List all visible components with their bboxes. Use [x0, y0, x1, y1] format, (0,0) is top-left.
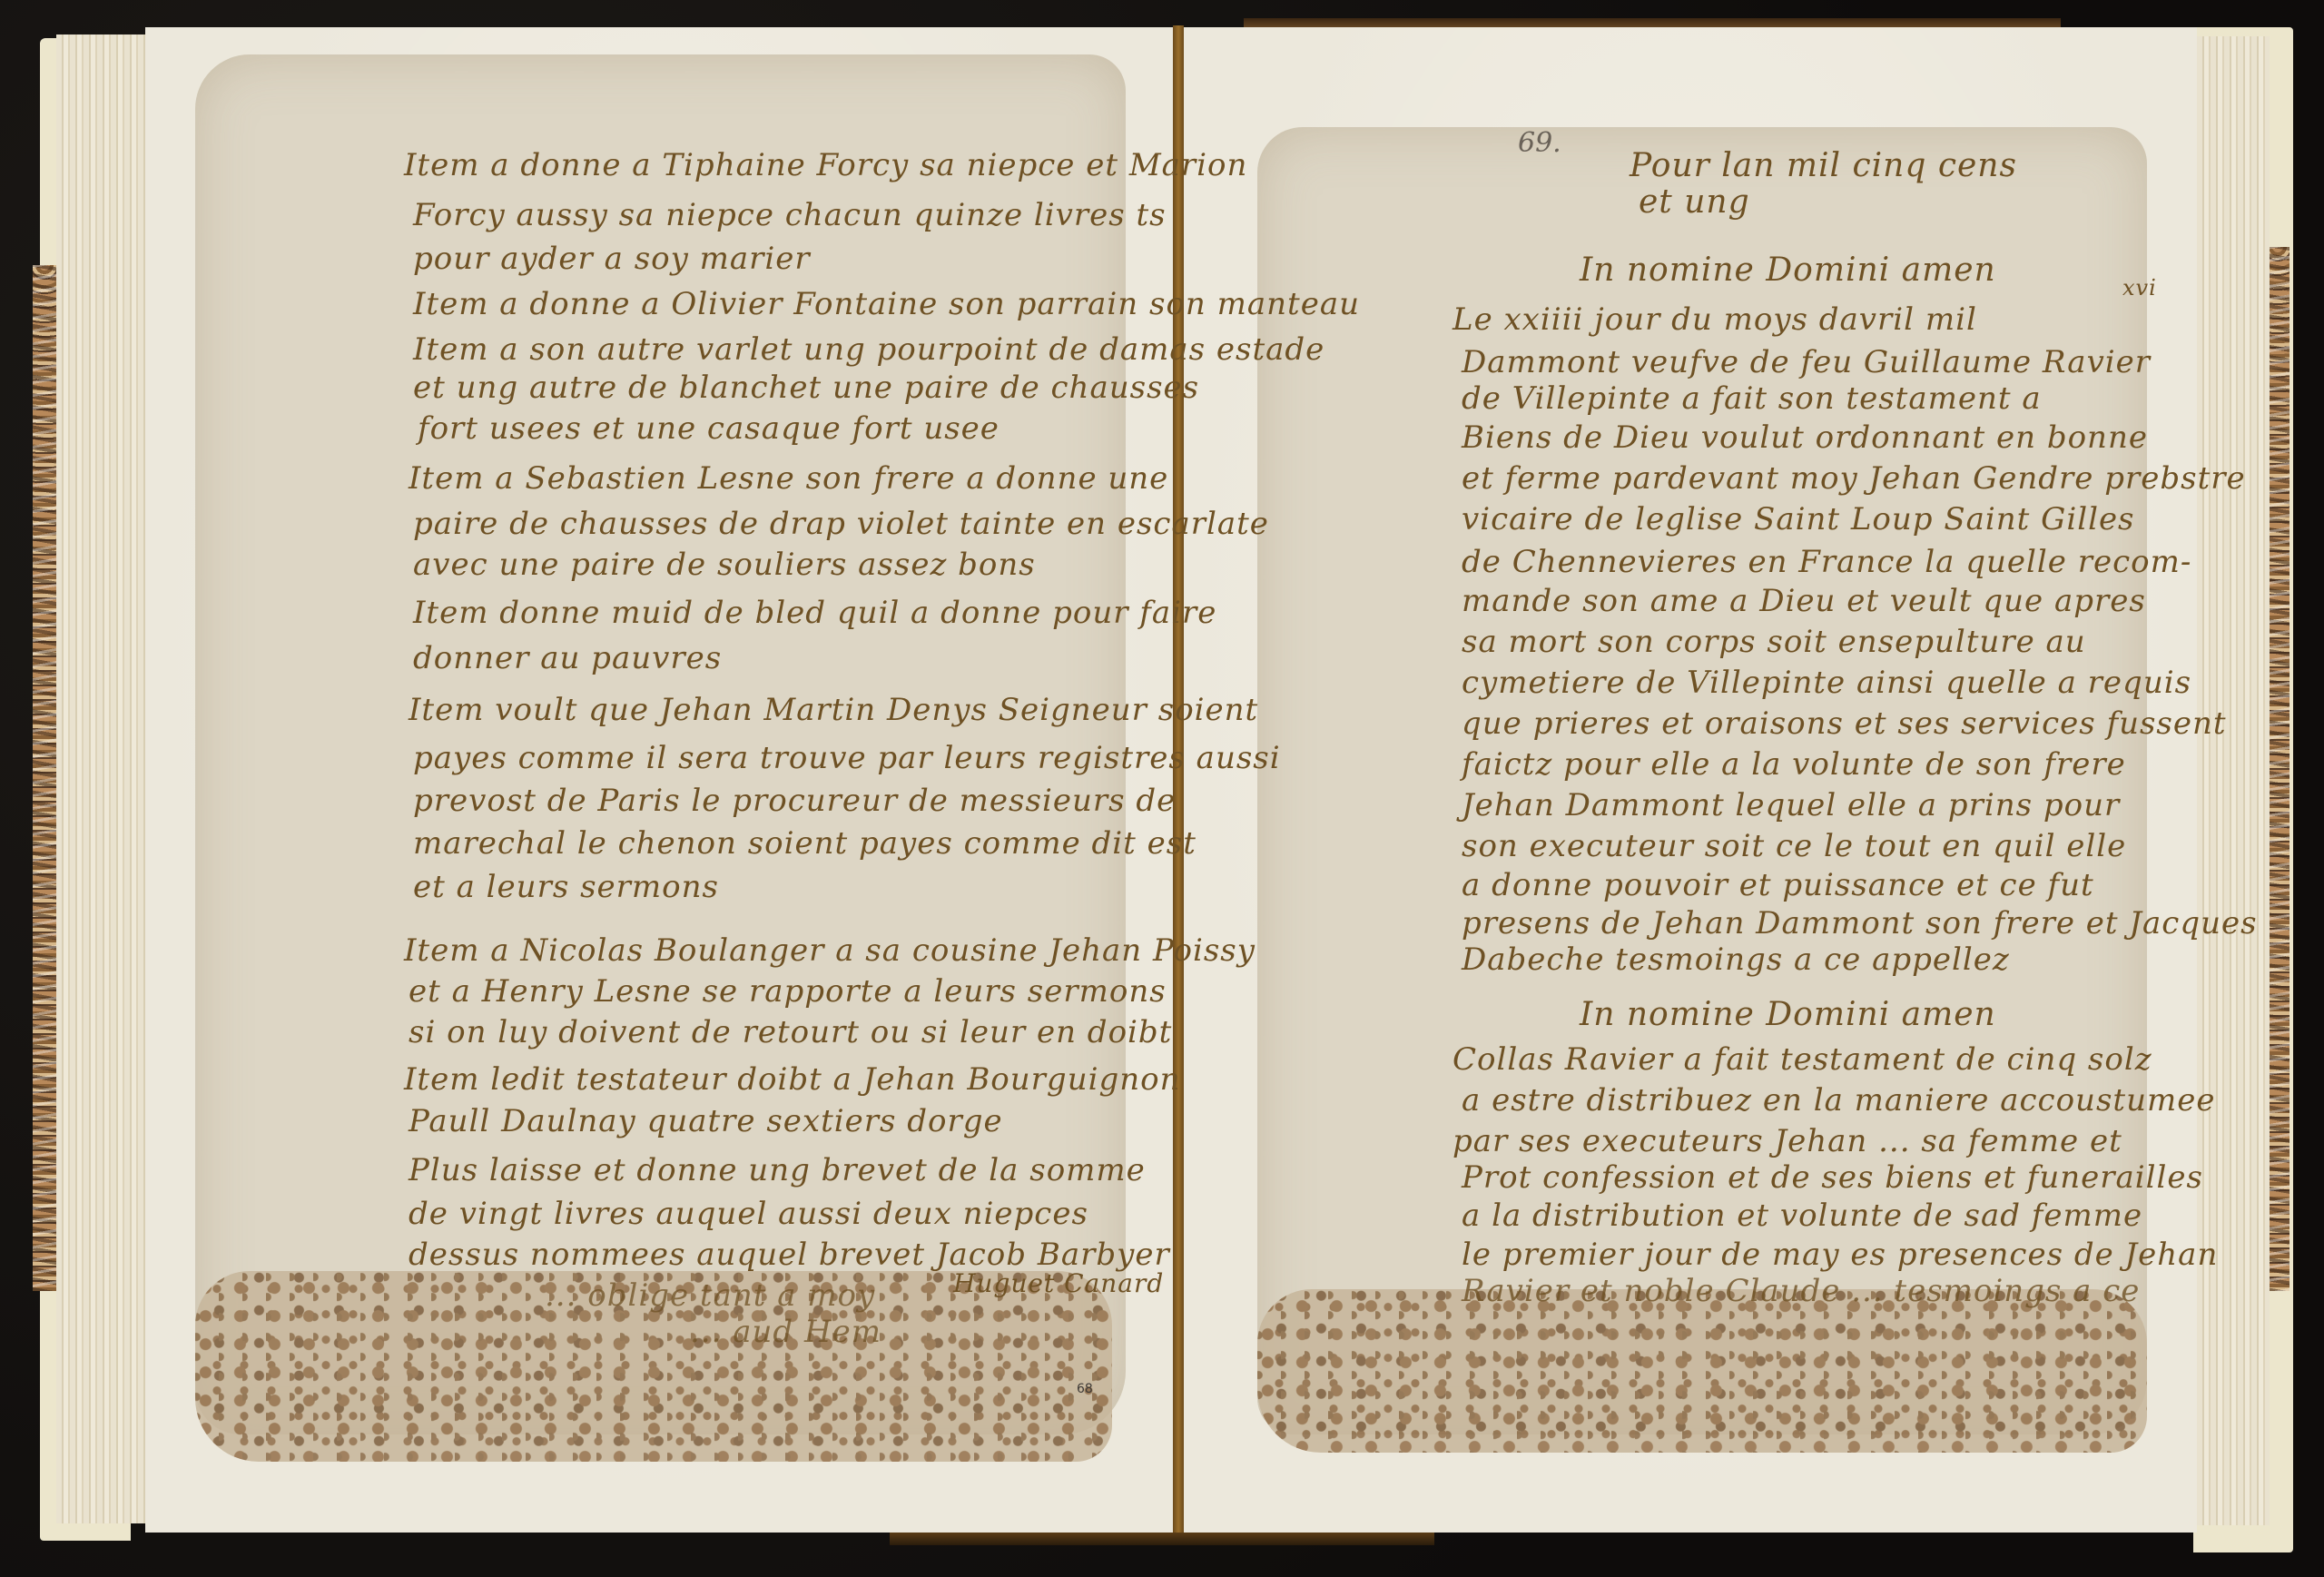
text-line: Plus laisse et donne ung brevet de la so…: [409, 1155, 1146, 1186]
text-line: le premier jour de may es presences de J…: [1462, 1239, 2218, 1270]
text-line: et ung autre de blanchet une paire de ch…: [413, 372, 1199, 403]
text-line: Dammont veufve de feu Guillaume Ravier: [1462, 347, 2151, 378]
text-line: Item voult que Jehan Martin Denys Seigne…: [409, 695, 1258, 725]
text-line: et a leurs sermons: [413, 872, 719, 902]
text-line: dessus nommees auquel brevet Jacob Barby…: [409, 1239, 1170, 1270]
text-line: Dabeche tesmoings a ce appellez: [1462, 944, 2010, 975]
folio-number: 69.: [1518, 127, 1561, 159]
text-line: Forcy aussy sa niepce chacun quinze livr…: [413, 200, 1167, 231]
text-line: Item a Sebastien Lesne son frere a donne…: [409, 463, 1168, 494]
text-line: donner au pauvres: [413, 643, 722, 674]
open-manuscript: Item a donne a Tiphaine Forcy sa niepce …: [0, 0, 2324, 1577]
marginal-note: xvi: [2122, 277, 2157, 299]
text-line: payes comme il sera trouve par leurs reg…: [413, 743, 1281, 774]
text-line: de Chennevieres en France la quelle reco…: [1462, 547, 2191, 577]
section-title-2: In nomine Domini amen: [1580, 999, 1996, 1031]
text-line: Biens de Dieu voulut ordonnant en bonne: [1462, 422, 2148, 453]
text-line: fort usees et une casaque fort usee: [418, 413, 1000, 444]
text-line: vicaire de leglise Saint Loup Saint Gill…: [1462, 504, 2135, 535]
right-foxing-stain: [1257, 1289, 2147, 1453]
text-line: a estre distribuez en la maniere accoust…: [1462, 1085, 2215, 1116]
text-line: presens de Jehan Dammont son frere et Ja…: [1462, 908, 2258, 939]
text-line: Item a donne a Olivier Fontaine son parr…: [413, 289, 1360, 320]
text-line: Collas Ravier a fait testament de cinq s…: [1452, 1044, 2152, 1075]
text-line: a donne pouvoir et puissance et ce fut: [1462, 870, 2094, 901]
heading-line: et ung: [1639, 186, 1750, 219]
text-line: Paull Daulnay quatre sextiers dorge: [409, 1106, 1003, 1137]
page-number: 68: [1077, 1382, 1093, 1396]
text-line: et a Henry Lesne se rapporte a leurs ser…: [409, 976, 1167, 1007]
text-line: cymetiere de Villepinte ainsi quelle a r…: [1462, 667, 2191, 698]
text-line: par ses executeurs Jehan ... sa femme et: [1452, 1126, 2122, 1157]
heading-line: Pour lan mil cinq cens: [1630, 150, 2017, 182]
left-page-stack: [56, 34, 147, 1523]
text-line: paire de chausses de drap violet tainte …: [413, 508, 1269, 539]
text-line: marechal le chenon soient payes comme di…: [413, 828, 1196, 859]
text-line: et ferme pardevant moy Jehan Gendre preb…: [1462, 463, 2246, 494]
text-line: sa mort son corps soit ensepulture au: [1462, 626, 2086, 657]
text-line: Le xxiiii jour du moys davril mil: [1452, 304, 1977, 335]
text-line: que prieres et oraisons et ses services …: [1462, 708, 2227, 739]
text-line: Ravier et noble Claude ... tesmoings a c…: [1462, 1276, 2140, 1306]
text-line: de vingt livres auquel aussi deux niepce…: [409, 1198, 1088, 1229]
text-line: ... aud Hem: [690, 1316, 881, 1347]
text-line: Prot confession et de ses biens et funer…: [1462, 1162, 2203, 1193]
text-line: faictz pour elle a la volunte de son fre…: [1462, 749, 2126, 780]
text-line: Item a donne a Tiphaine Forcy sa niepce …: [404, 150, 1247, 181]
text-line: si on luy doivent de retourt ou si leur …: [409, 1017, 1172, 1048]
section-title: In nomine Domini amen: [1580, 254, 1996, 287]
text-line: son executeur soit ce le tout en quil el…: [1462, 831, 2126, 862]
signature: Huguet Canard: [953, 1271, 1164, 1296]
text-line: Item ledit testateur doibt a Jehan Bourg…: [404, 1064, 1181, 1095]
text-line: prevost de Paris le procureur de messieu…: [413, 785, 1176, 816]
text-line: de Villepinte a fait son testament a: [1462, 383, 2042, 414]
text-line: pour ayder a soy marier: [413, 243, 811, 274]
text-line: avec une paire de souliers assez bons: [413, 549, 1036, 580]
text-line: mande son ame a Dieu et veult que apres: [1462, 586, 2146, 616]
bottom-spine-shadow: [890, 1533, 1434, 1545]
text-line: ... oblige tant a moy: [545, 1280, 875, 1311]
text-line: Jehan Dammont lequel elle a prins pour: [1462, 790, 2120, 821]
text-line: Item donne muid de bled quil a donne pou…: [413, 597, 1216, 628]
text-line: a la distribution et volunte de sad femm…: [1462, 1200, 2142, 1231]
text-line: Item a son autre varlet ung pourpoint de…: [413, 334, 1324, 365]
right-page-stack: [2197, 36, 2270, 1525]
book-gutter: [1173, 25, 1184, 1537]
text-line: Item a Nicolas Boulanger a sa cousine Je…: [404, 935, 1256, 966]
left-marbled-edge: [33, 265, 56, 1291]
